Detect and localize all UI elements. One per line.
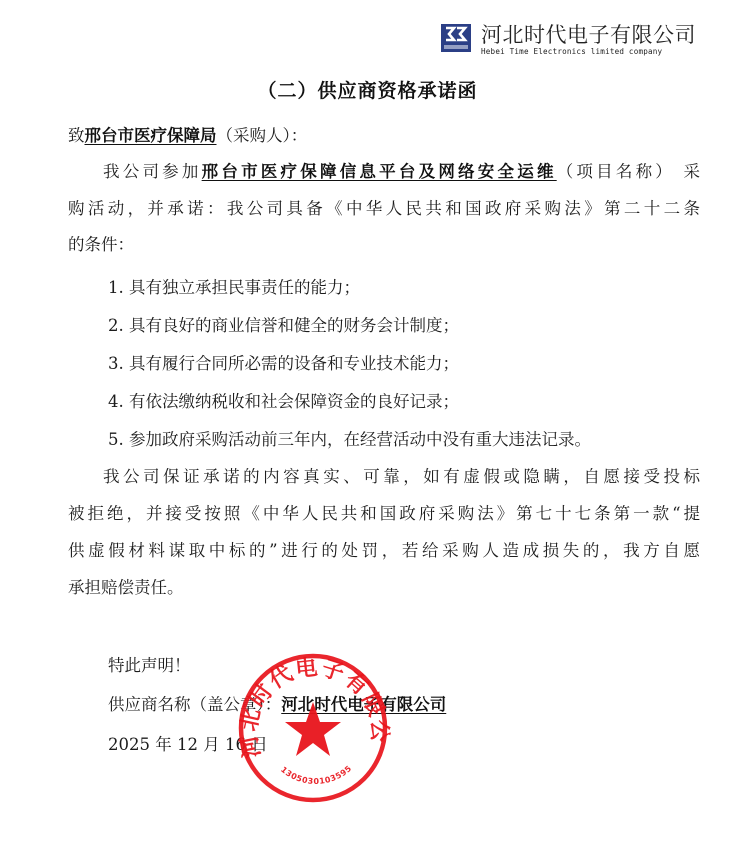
paragraph1-suffix: （项目名称） 采	[557, 162, 700, 181]
company-logo-icon	[441, 24, 471, 52]
condition-item-5: 5. 参加政府采购活动前三年内，在经营活动中没有重大违法记录。	[108, 428, 591, 452]
paragraph1-line2: 购活动，并承诺：我公司具备《中华人民共和国政府采购法》第二十二条	[68, 197, 700, 221]
paragraph1-line1: 我公司参加邢台市医疗保障信息平台及网络安全运维（项目名称） 采	[103, 160, 700, 184]
paragraph2-line2: 被拒绝，并接受按照《中华人民共和国政府采购法》第七十七条第一款“提	[68, 502, 700, 526]
supplier-label: 供应商名称（盖公章）：	[108, 695, 281, 714]
paragraph1-prefix: 我公司参加	[103, 162, 202, 181]
condition-item-1: 1. 具有独立承担民事责任的能力；	[108, 276, 360, 300]
condition-item-2: 2. 具有良好的商业信誉和健全的财务会计制度；	[108, 314, 459, 338]
paragraph2-line3: 供虚假材料谋取中标的”进行的处罚，若给采购人造成损失的，我方自愿	[68, 539, 700, 563]
salutation-prefix: 致	[68, 126, 85, 145]
salutation-suffix: （采购人）：	[217, 126, 308, 145]
paragraph2-line4: 承担赔偿责任。	[68, 576, 184, 600]
company-name-cn: 河北时代电子有限公司	[481, 24, 696, 46]
svg-text:1305030103595: 1305030103595	[279, 764, 354, 786]
page-title: （二）供应商资格承诺函	[0, 76, 735, 103]
condition-item-4: 4. 有依法缴纳税收和社会保障资金的良好记录；	[108, 390, 459, 414]
company-seal: 河北时代电子有限公司 1305030103595	[233, 650, 393, 805]
recipient-name: 邢台市医疗保障局	[85, 126, 217, 145]
company-letterhead: 河北时代电子有限公司 Hebei Time Electronics limite…	[441, 24, 696, 57]
paragraph1-line3: 的条件：	[68, 233, 134, 257]
closing-statement: 特此声明！	[108, 654, 191, 678]
supplier-name: 河北时代电子有限公司	[281, 695, 446, 714]
project-name: 邢台市医疗保障信息平台及网络安全运维	[202, 162, 557, 181]
seal-number: 1305030103595	[279, 764, 354, 786]
supplier-line: 供应商名称（盖公章）：河北时代电子有限公司	[108, 693, 446, 717]
condition-item-3: 3. 具有履行合同所必需的设备和专业技术能力；	[108, 352, 459, 376]
salutation: 致邢台市医疗保障局（采购人）：	[68, 124, 307, 148]
paragraph2-line1: 我公司保证承诺的内容真实、可靠，如有虚假或隐瞒，自愿接受投标	[103, 465, 700, 489]
company-name-en: Hebei Time Electronics limited company	[481, 47, 696, 57]
signing-date: 2025 年 12 月 16 日	[108, 733, 268, 757]
